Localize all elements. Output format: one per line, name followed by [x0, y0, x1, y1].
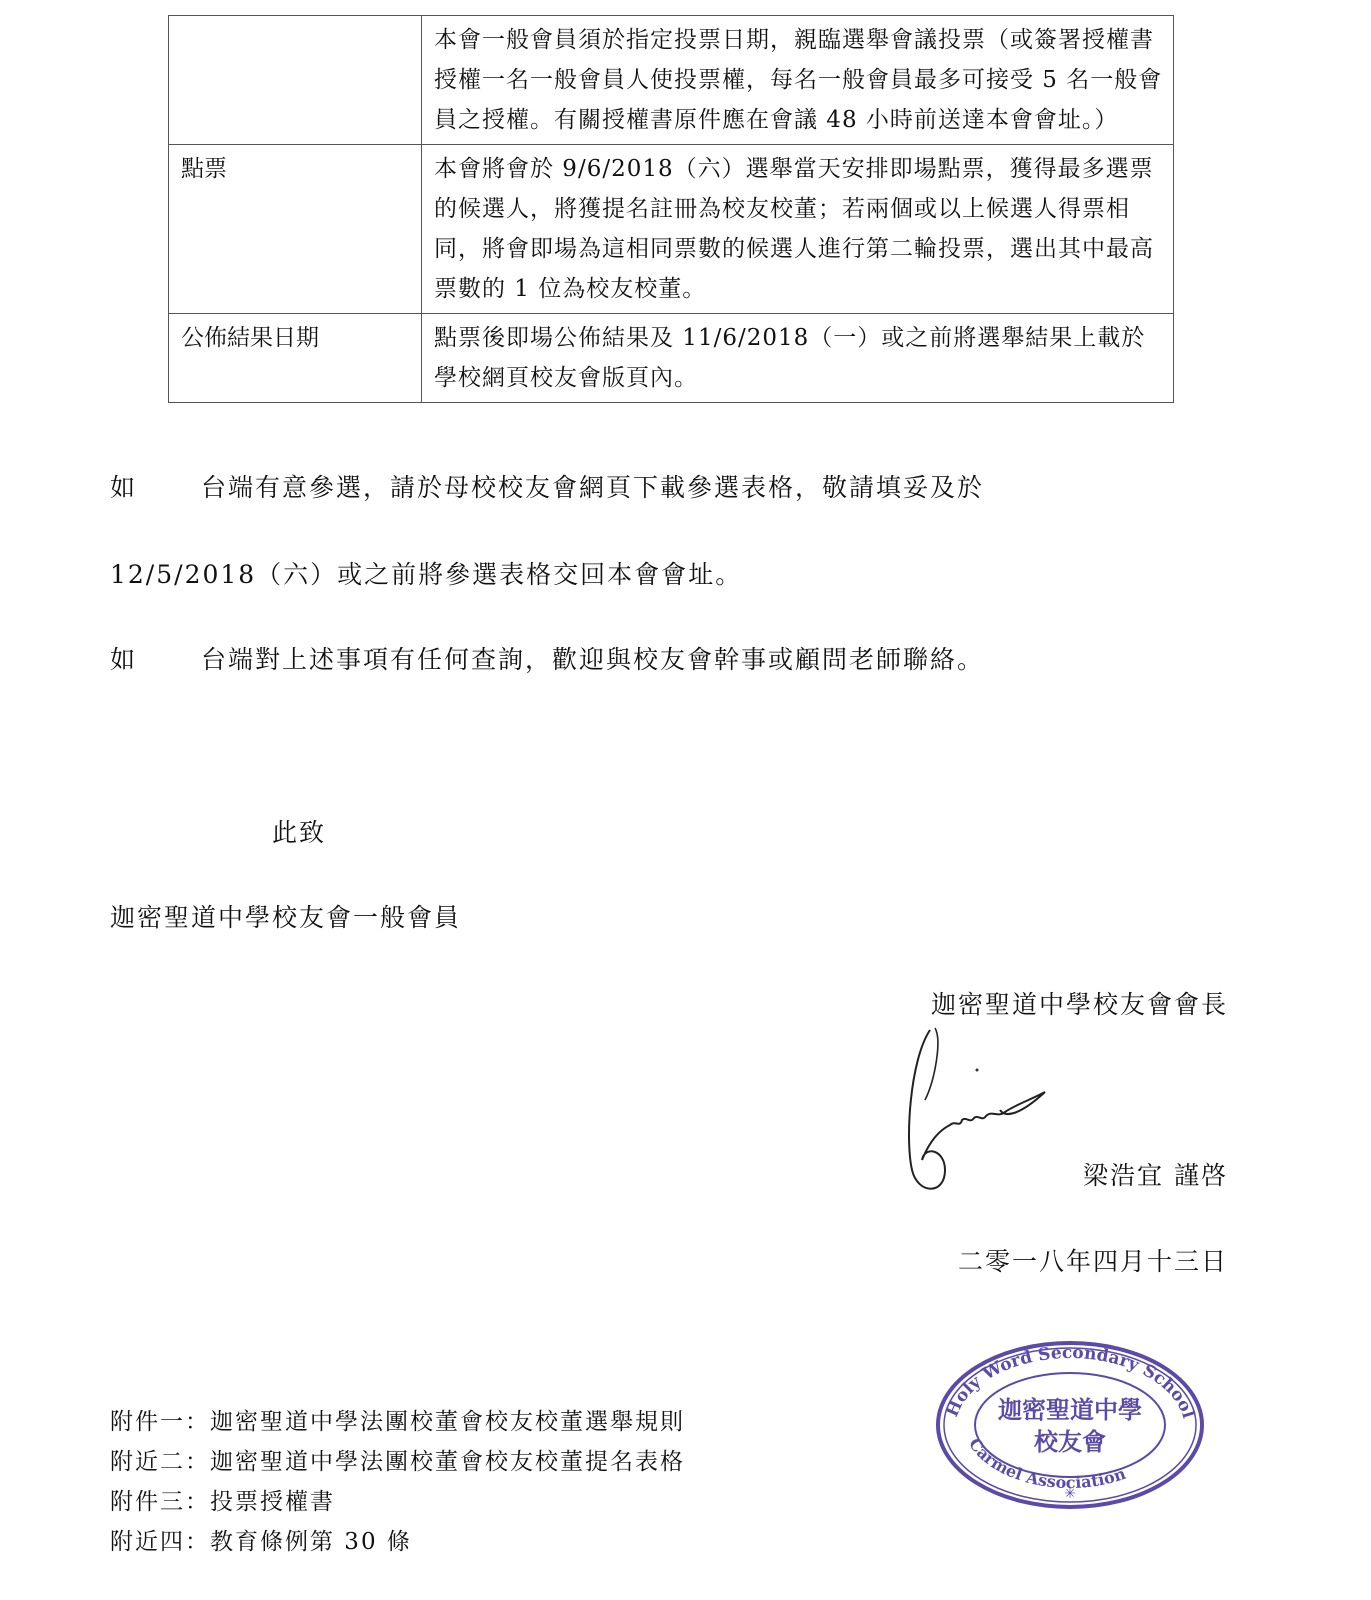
- document-page: 本會一般會員須於指定投票日期，親臨選舉會議投票（或簽署授權書授權一名一般會員人使…: [0, 0, 1371, 1600]
- paragraph-text: 台端有意參選，請於母校校友會網頁下載參選表格，敬請填妥及於: [201, 473, 984, 502]
- attachment-item: 附近四：教育條例第 30 條: [110, 1522, 685, 1562]
- stamp-inner-line2: 校友會: [1034, 1427, 1106, 1456]
- paragraph-prefix: 如: [110, 645, 137, 674]
- row-label: 點票: [169, 145, 422, 314]
- attachments-list: 附件一：迦密聖道中學法團校董會校友校董選舉規則 附近二：迦密聖道中學法團校董會校…: [110, 1402, 685, 1562]
- handwritten-signature: [900, 1020, 1060, 1200]
- association-stamp: Holy Word Secondary School Alumni Carmel…: [935, 1340, 1205, 1510]
- row-label: 公佈結果日期: [169, 314, 422, 403]
- paragraph-candidacy-line1: 如台端有意參選，請於母校校友會網頁下載參選表格，敬請填妥及於: [110, 468, 984, 504]
- signer-title: 迦密聖道中學校友會會長: [931, 985, 1228, 1021]
- stamp-inner-line1: 迦密聖道中學: [998, 1395, 1142, 1424]
- table-row: 本會一般會員須於指定投票日期，親臨選舉會議投票（或簽署授權書授權一名一般會員人使…: [169, 16, 1174, 145]
- election-info-table: 本會一般會員須於指定投票日期，親臨選舉會議投票（或簽署授權書授權一名一般會員人使…: [168, 15, 1174, 403]
- attachment-item: 附件三：投票授權書: [110, 1482, 685, 1522]
- star-icon: ✳: [1064, 1486, 1076, 1502]
- table-row: 公佈結果日期 點票後即場公佈結果及 11/6/2018（一）或之前將選舉結果上載…: [169, 314, 1174, 403]
- row-content: 點票後即場公佈結果及 11/6/2018（一）或之前將選舉結果上載於學校網頁校友…: [422, 314, 1174, 403]
- paragraph-text: 台端對上述事項有任何查詢，歡迎與校友會幹事或顧問老師聯絡。: [201, 645, 984, 674]
- recipient: 迦密聖道中學校友會一般會員: [110, 898, 461, 934]
- row-content: 本會一般會員須於指定投票日期，親臨選舉會議投票（或簽署授權書授權一名一般會員人使…: [422, 16, 1174, 145]
- row-label: [169, 16, 422, 145]
- letter-date: 二零一八年四月十三日: [958, 1242, 1228, 1278]
- attachment-item: 附件一：迦密聖道中學法團校董會校友校董選舉規則: [110, 1402, 685, 1442]
- signer-name: 梁浩宜 謹啓: [1083, 1156, 1228, 1192]
- table-row: 點票 本會將會於 9/6/2018（六）選舉當天安排即場點票，獲得最多選票的候選…: [169, 145, 1174, 314]
- paragraph-prefix: 如: [110, 473, 137, 502]
- attachment-item: 附近二：迦密聖道中學法團校董會校友校董提名表格: [110, 1442, 685, 1482]
- salutation: 此致: [272, 813, 326, 849]
- row-content: 本會將會於 9/6/2018（六）選舉當天安排即場點票，獲得最多選票的候選人，將…: [422, 145, 1174, 314]
- paragraph-enquiry: 如台端對上述事項有任何查詢，歡迎與校友會幹事或顧問老師聯絡。: [110, 640, 984, 676]
- paragraph-candidacy-line2: 12/5/2018（六）或之前將參選表格交回本會會址。: [110, 555, 742, 591]
